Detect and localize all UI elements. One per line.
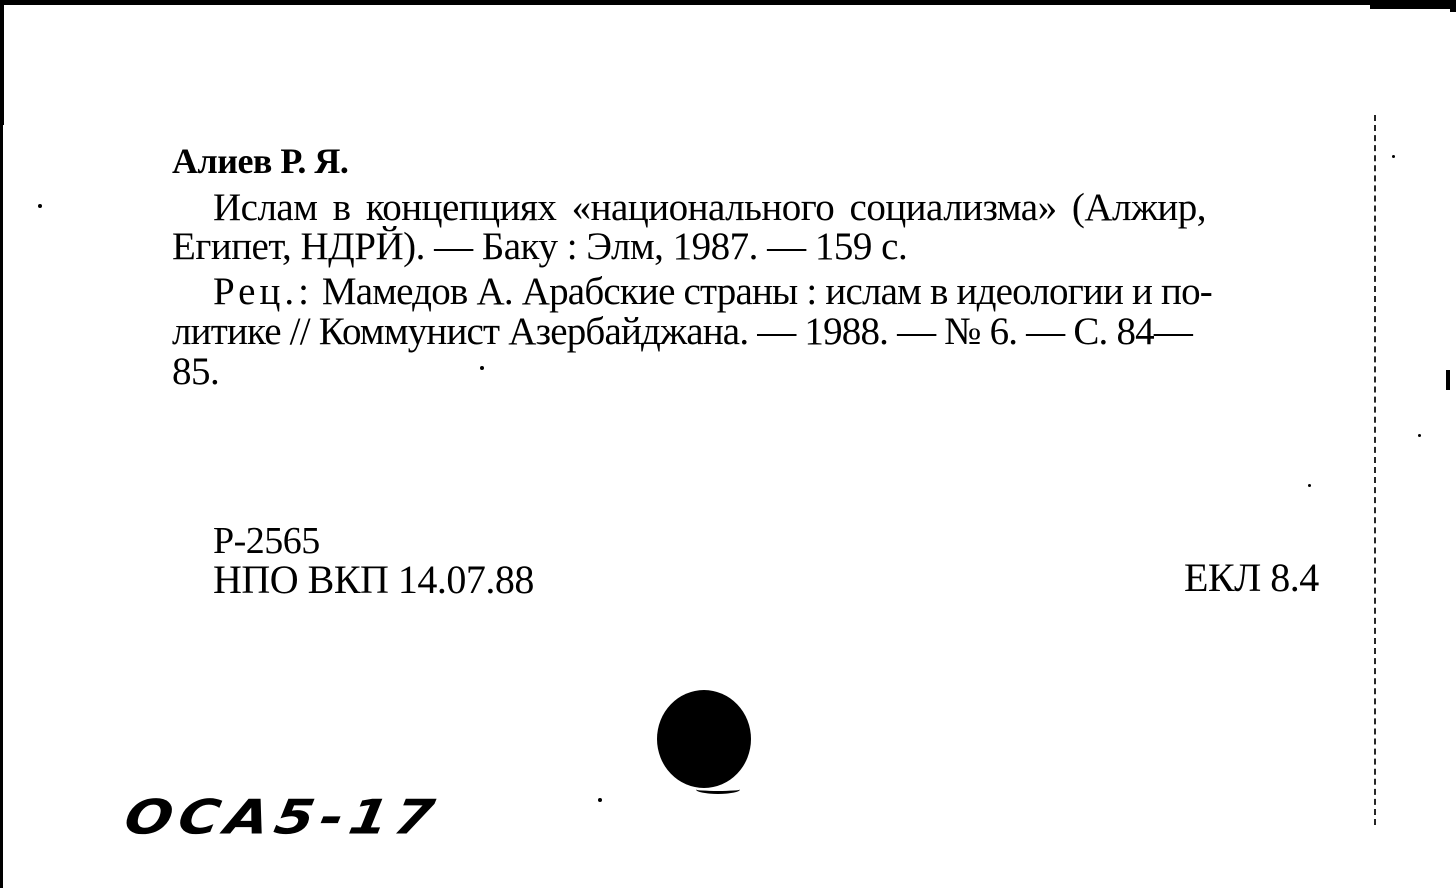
card-title-line-1: Ислам в концепциях «национального социал… xyxy=(213,188,1206,227)
card-edge-right xyxy=(1374,115,1378,825)
shelfmark: Р-2565 xyxy=(213,522,320,560)
scan-speck xyxy=(1308,484,1311,487)
review-text-1: Мамедов А. Арабские страны : ислам в иде… xyxy=(322,270,1212,313)
scan-border-top-right xyxy=(1370,0,1456,9)
punch-hole-shadow xyxy=(696,785,740,794)
handwritten-code: OCA5-17 xyxy=(120,790,444,845)
scan-mark xyxy=(1450,4,1456,12)
scan-speck xyxy=(38,204,42,208)
scan-mark xyxy=(1446,370,1450,390)
scan-border-left xyxy=(0,0,3,888)
card-review-line-2: литике // Коммунист Азербайджана. — 1988… xyxy=(172,312,1192,351)
card-author: Алиев Р. Я. xyxy=(172,143,348,179)
catalog-card: Алиев Р. Я. Ислам в концепциях «национал… xyxy=(0,0,1456,888)
scan-border-left-dark xyxy=(0,0,4,125)
scan-border-top xyxy=(0,0,1456,5)
registration-stamp: НПО ВКП 14.07.88 xyxy=(213,560,534,600)
card-review-line-1: Рец.: Мамедов А. Арабские страны : ислам… xyxy=(213,272,1212,311)
review-label: Рец.: xyxy=(213,270,313,313)
card-review-line-3: 85. xyxy=(172,352,219,391)
classification-code: ЕКЛ 8.4 xyxy=(1184,558,1319,598)
card-title-line-2: Египет, НДРЙ). — Баку : Элм, 1987. — 159… xyxy=(172,227,907,266)
scan-speck xyxy=(480,366,484,370)
scan-speck xyxy=(1418,434,1421,437)
scan-speck xyxy=(598,798,602,802)
punch-hole-icon xyxy=(657,690,751,788)
scan-speck xyxy=(1392,155,1395,158)
